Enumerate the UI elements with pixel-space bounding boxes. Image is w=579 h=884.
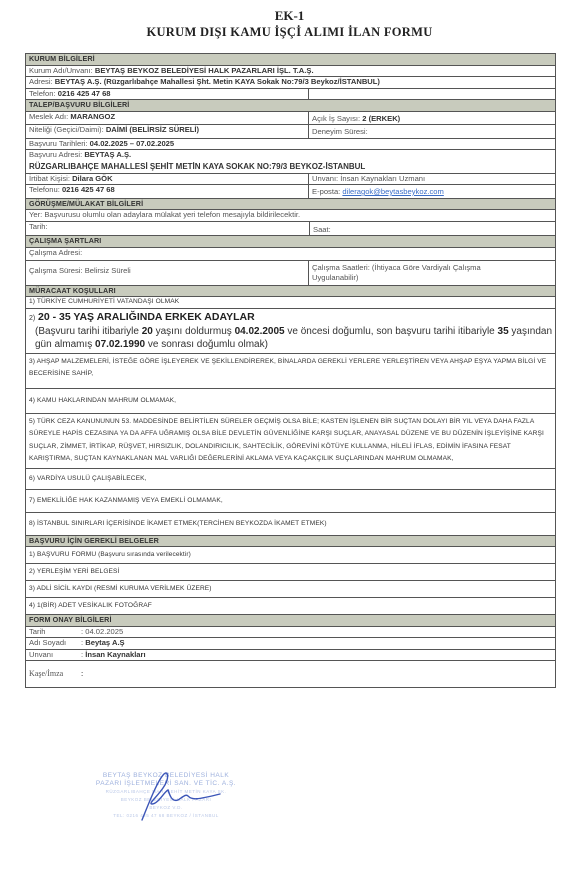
- work-duration-text: Çalışma Süresi: Belirsiz Süreli: [26, 261, 309, 285]
- section-institution-info: KURUM BİLGİLERİ: [26, 54, 555, 66]
- application-address-line2: RÜZGARLIBAHÇE MAHALLESİ ŞEHİT METİN KAYA…: [29, 161, 552, 173]
- nature-row: Niteliği (Geçici/Daimi): DAİMİ (BELİRSİZ…: [26, 125, 555, 139]
- contact-person-row: İrtibat Kişisi: Dilara GÖK Unvanı: İnsan…: [26, 174, 555, 186]
- application-address-value: BEYTAŞ A.Ş.: [84, 150, 131, 159]
- interview-place-text: Yer: Başvurusu olumlu olan adaylara müla…: [26, 210, 555, 221]
- document-header: EK-1 KURUM DIŞI KAMU İŞÇİ ALIMI İLAN FOR…: [0, 8, 579, 40]
- age-range-heading: 20 - 35 YAŞ ARALIĞINDA ERKEK ADAYLAR: [38, 311, 255, 323]
- institution-address-value: BEYTAŞ A.Ş. (Rüzgarlıbahçe Mahallesi Şht…: [55, 77, 380, 86]
- application-address-row: Başvuru Adresi: BEYTAŞ A.Ş. RÜZGARLIBAHÇ…: [26, 150, 555, 174]
- document-2: 2) YERLEŞİM YERİ BELGESİ: [26, 564, 555, 581]
- approval-signature-row: Kaşe/İmza:: [26, 661, 555, 688]
- section-application-info: TALEP/BAŞVURU BİLGİLERİ: [26, 100, 555, 112]
- work-hours-text: Çalışma Saatleri: (İhtiyaca Göre Vardiya…: [309, 261, 555, 285]
- institution-name-row: Kurum Adı/Unvanı: BEYTAŞ BEYKOZ BELEDİYE…: [26, 66, 555, 78]
- condition-1: 1) TÜRKİYE CUMHURİYETİ VATANDAŞI OLMAK: [26, 297, 555, 309]
- interview-date-label: Tarih:: [26, 222, 309, 236]
- section-required-documents: BAŞVURU İÇİN GEREKLİ BELGELER: [26, 536, 555, 548]
- institution-name-value: BEYTAŞ BEYKOZ BELEDİYESİ HALK PAZARLARI …: [95, 66, 314, 75]
- approval-date-value: : 04.02.2025: [81, 627, 123, 636]
- section-form-approval: FORM ONAY BİLGİLERİ: [26, 615, 555, 627]
- section-interview-info: GÖRÜŞME/MÜLAKAT BİLGİLERİ: [26, 199, 555, 211]
- section-working-conditions: ÇALIŞMA ŞARTLARI: [26, 236, 555, 248]
- contact-title-value: İnsan Kaynakları Uzmanı: [340, 174, 425, 183]
- condition-7: 7) EMEKLİLİĞE HAK KAZANMAMIŞ VEYA EMEKLİ…: [26, 490, 555, 513]
- signature-label: Kaşe/İmza: [29, 669, 81, 680]
- condition-8: 8) İSTANBUL SINIRLARI İÇERİSİNDE İKAMET …: [26, 513, 555, 536]
- form-title: KURUM DIŞI KAMU İŞÇİ ALIMI İLAN FORMU: [0, 24, 579, 40]
- condition-5: 5) TÜRK CEZA KANUNUNUN 53. MADDESİNDE BE…: [26, 414, 555, 469]
- condition-2: 2) 20 - 35 YAŞ ARALIĞINDA ERKEK ADAYLAR …: [26, 309, 555, 354]
- approval-name-value: Beytaş A.Ş: [85, 638, 124, 647]
- contact-phone-row: Telefonu: 0216 425 47 68 E-posta: dilera…: [26, 185, 555, 199]
- interview-place-row: Yer: Başvurusu olumlu olan adaylara müla…: [26, 210, 555, 222]
- application-dates-row: Başvuru Tarihleri: 04.02.2025 – 07.02.20…: [26, 139, 555, 151]
- signature-icon: [130, 770, 230, 825]
- institution-name-label: Kurum Adı/Unvanı:: [29, 66, 93, 75]
- document-3: 3) ADLİ SİCİL KAYDI (RESMİ KURUMA VERİLM…: [26, 581, 555, 598]
- application-dates-value: 04.02.2025 – 07.02.2025: [90, 139, 174, 148]
- contact-phone-value: 0216 425 47 68: [62, 185, 115, 194]
- email-link[interactable]: dileragok@beytasbeykoz.com: [342, 187, 443, 196]
- nature-value: DAİMİ (BELİRSİZ SÜRELİ): [106, 125, 199, 134]
- approval-title-value: İnsan Kaynakları: [85, 650, 145, 659]
- occupation-value: MARANGOZ: [70, 112, 115, 121]
- occupation-row: Meslek Adı: MARANGOZ Açık İş Sayısı: 2 (…: [26, 112, 555, 126]
- work-address-label: Çalışma Adresi:: [26, 248, 555, 260]
- contact-person-value: Dilara GÖK: [72, 174, 113, 183]
- section-application-conditions: MÜRACAAT KOŞULLARI: [26, 286, 555, 298]
- approval-date-row: Tarih: 04.02.2025: [26, 627, 555, 639]
- condition-4: 4) KAMU HAKLARINDAN MAHRUM OLMAMAK,: [26, 389, 555, 414]
- condition-6: 6) VARDİYA USULÜ ÇALIŞABİLECEK,: [26, 469, 555, 490]
- institution-address-row: Adresi: BEYTAŞ A.Ş. (Rüzgarlıbahçe Mahal…: [26, 77, 555, 89]
- work-address-row: Çalışma Adresi:: [26, 248, 555, 261]
- institution-phone-value: 0216 425 47 68: [58, 89, 111, 98]
- annex-label: EK-1: [0, 8, 579, 24]
- institution-phone-row: Telefon: 0216 425 47 68: [26, 89, 555, 101]
- job-posting-form: KURUM BİLGİLERİ Kurum Adı/Unvanı: BEYTAŞ…: [25, 53, 556, 688]
- document-4: 4) 1(BİR) ADET VESİKALIK FOTOĞRAF: [26, 598, 555, 615]
- interview-datetime-row: Tarih: Saat:: [26, 222, 555, 237]
- approval-name-row: Adı Soyadı: Beytaş A.Ş: [26, 638, 555, 650]
- interview-time-label: Saat:: [309, 222, 555, 236]
- work-duration-hours-row: Çalışma Süresi: Belirsiz Süreli Çalışma …: [26, 261, 555, 286]
- document-1: 1) BAŞVURU FORMU (Başvuru sırasında veri…: [26, 547, 555, 564]
- condition-3: 3) AHŞAP MALZEMELERİ, İSTEĞE GÖRE İŞLEYE…: [26, 354, 555, 389]
- approval-title-row: Unvanı: İnsan Kaynakları: [26, 650, 555, 662]
- openings-value: 2 (ERKEK): [362, 114, 400, 123]
